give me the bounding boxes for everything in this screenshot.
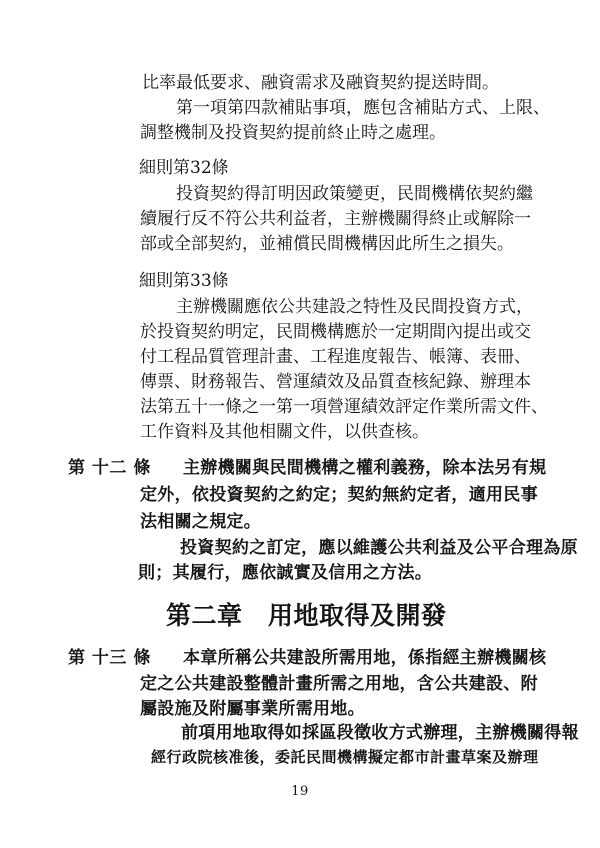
- body-text-line: 工作資料及其他相關文件，以供查核。: [140, 423, 429, 443]
- article-12-line: 法相關之規定。: [140, 513, 261, 533]
- body-text-line: 付工程品質管理計畫、工程進度報告、帳簿、表冊、: [140, 348, 531, 368]
- body-text-line: 於投資契約明定，民間機構應於一定期間內提出或交: [140, 323, 531, 343]
- body-text-line: 第一項第四款補貼事項，應包含補貼方式、上限、: [176, 99, 550, 119]
- article-13-line: 本章所稱公共建設所需用地，係指經主辦機關核: [183, 649, 546, 669]
- body-text-line: 主辦機關應依公共建設之特性及民間投資方式，: [176, 298, 533, 318]
- page-number: 19: [0, 784, 600, 799]
- body-text-line: 調整機制及投資契約提前終止時之處理。: [140, 124, 446, 144]
- body-text-line: 法第五十一條之一第一項營運績效評定作業所需文件、: [140, 398, 548, 418]
- article-13-line: 前項用地取得如採區段徵收方式辦理，主辦機關得報: [181, 724, 579, 744]
- article-13-line: 定之公共建設整體計畫所需之用地，含公共建設、附: [140, 675, 538, 695]
- rule-32-label: 細則第32條: [139, 159, 229, 179]
- rule-33-label: 細則第33條: [139, 272, 229, 292]
- article-13-number: 第 十三 條: [68, 649, 151, 669]
- body-text-line: 比率最低要求、融資需求及融資契約提送時間。: [142, 74, 499, 94]
- chapter-heading: 第二章 用地取得及開發: [166, 602, 447, 630]
- article-12-line: 定外，依投資契約之約定；契約無約定者，適用民事: [140, 486, 538, 506]
- article-12-line: 投資契約之訂定，應以維護公共利益及公平合理為原: [180, 539, 578, 559]
- article-12-line: 則；其履行，應依誠實及信用之方法。: [138, 564, 432, 584]
- body-text-line: 續履行反不符公共利益者，主辦機關得終止或解除一: [140, 210, 531, 230]
- article-12-number: 第 十二 條: [68, 459, 151, 479]
- article-12-line: 主辦機關與民間機構之權利義務，除本法另有規: [183, 459, 546, 479]
- body-text-line: 傳票、財務報告、營運績效及品質查核紀錄、辦理本: [140, 373, 531, 393]
- document-page: 比率最低要求、融資需求及融資契約提送時間。 第一項第四款補貼事項，應包含補貼方式…: [0, 0, 600, 848]
- article-13-line: 屬設施及附屬事業所需用地。: [140, 700, 365, 720]
- body-text-line: 投資契約得訂明因政策變更，民間機構依契約繼: [176, 185, 533, 205]
- article-13-line: 經行政院核准後，委託民間機構擬定都市計畫草案及辦理: [151, 749, 539, 766]
- body-text-line: 部或全部契約，並補償民間機構因此所生之損失。: [140, 235, 514, 255]
